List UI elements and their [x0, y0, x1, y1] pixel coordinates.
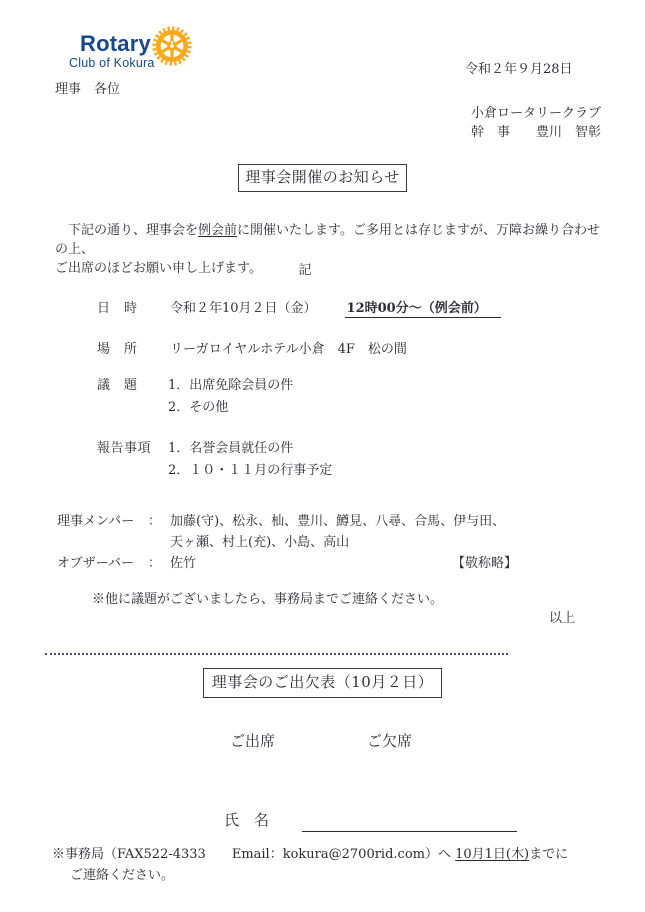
- datetime-label: 日 時: [97, 299, 138, 318]
- rotary-club-subtitle: Club of Kokura: [69, 56, 154, 70]
- title-wrap: 理事会開催のお知らせ: [0, 164, 645, 192]
- observer-separator: ：: [148, 554, 161, 573]
- place-label: 場 所: [97, 340, 138, 359]
- name-label: 氏 名: [224, 810, 269, 831]
- footer-line2: ご連絡ください。: [70, 866, 174, 885]
- footer-line1-post: までに: [529, 847, 568, 862]
- addressee: 理事 各位: [55, 80, 120, 99]
- datetime-value: 令和２年10月２日（金）: [170, 301, 317, 316]
- place-value: リーガロイヤルホテル小倉 4F 松の間: [170, 340, 407, 359]
- honorific-note: 【敬称略】: [452, 554, 517, 573]
- footer-deadline: 10月1日(木): [455, 847, 529, 862]
- datetime-emphasis: 12時00分～（例会前）: [345, 301, 501, 318]
- rotary-wordmark: Rotary: [80, 31, 151, 56]
- club-name: 小倉ロータリークラブ: [471, 104, 601, 123]
- intro-line1-pre: 下記の通り、理事会を: [55, 223, 198, 238]
- issue-date: 令和２年９月28日: [465, 60, 573, 79]
- document-title: 理事会開催のお知らせ: [238, 164, 407, 192]
- board-members-line2: 天ヶ瀬、村上(充)、小島、高山: [170, 533, 349, 552]
- report-item-1: 1．名誉会員就任の件: [168, 439, 293, 458]
- agenda-item-2: 2．その他: [168, 398, 228, 417]
- board-members-label: 理事メンバー: [57, 512, 134, 531]
- report-label: 報告事項: [97, 439, 151, 458]
- notice-document-page: Rotary Club of Kokura 令和２年９月28日 理事 各位 小倉…: [0, 0, 645, 912]
- board-members-separator: ：: [148, 512, 161, 531]
- footer-line1-pre: ※事務局（FAX522-4333 Email：kokura@2700rid.co…: [52, 847, 455, 862]
- reply-title-wrap: 理事会のご出欠表（10月２日）: [0, 668, 645, 698]
- observer-name: 佐竹: [170, 554, 196, 573]
- agenda-label: 議 題: [97, 376, 138, 395]
- closing-word: 以上: [549, 609, 575, 628]
- absent-label: ご欠席: [367, 731, 412, 752]
- intro-underlined-term: 例会前: [198, 223, 237, 238]
- rotary-wheel-icon: [151, 25, 193, 67]
- datetime-value-row: 令和２年10月２日（金）12時00分～（例会前）: [170, 299, 501, 318]
- reply-title: 理事会のご出欠表（10月２日）: [203, 668, 443, 698]
- agenda-note: ※他に議題がございましたら、事務局までご連絡ください。: [92, 590, 443, 609]
- rotary-logo: Rotary: [80, 31, 151, 57]
- observer-label: オブザーバー: [57, 554, 134, 573]
- record-mark: 記: [0, 261, 610, 280]
- attend-label: ご出席: [230, 731, 275, 752]
- name-fill-line: [302, 831, 517, 832]
- dotted-separator: [45, 653, 508, 655]
- board-members-line1: 加藤(守)、松永、杣、豊川、鱒見、八尋、合馬、伊与田、: [170, 512, 505, 531]
- agenda-item-1: 1．出席免除会員の件: [168, 376, 293, 395]
- secretary-line: 幹 事 豊川 智彰: [471, 123, 601, 142]
- report-item-2: 2．１０・１１月の行事予定: [168, 461, 332, 480]
- footer-line1: ※事務局（FAX522-4333 Email：kokura@2700rid.co…: [52, 845, 568, 864]
